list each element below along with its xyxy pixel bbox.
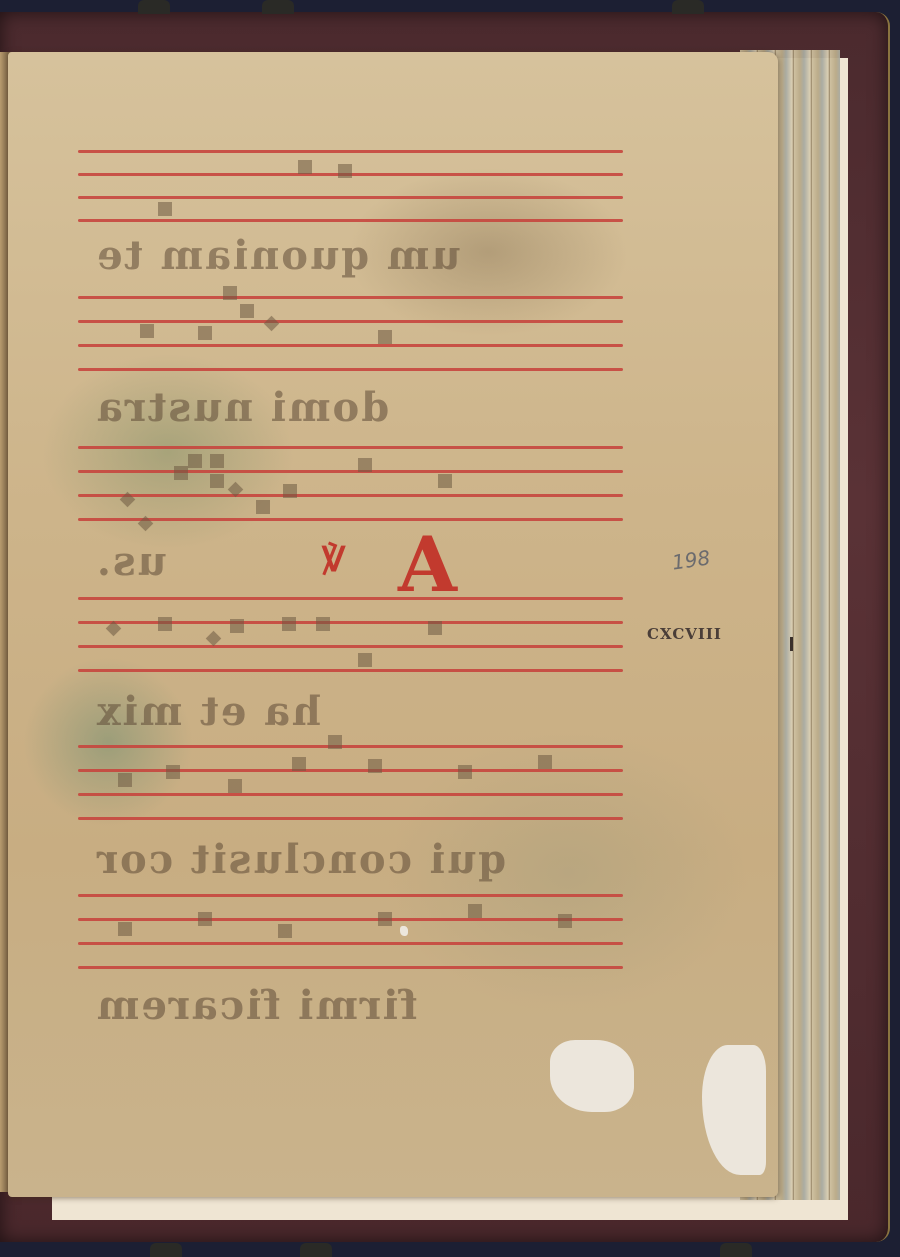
show-through-text-line: us.: [95, 538, 615, 588]
ink-mark: [790, 637, 793, 651]
music-staff: [78, 296, 623, 372]
cradle-clasp: [150, 1243, 182, 1257]
music-staff: [78, 150, 623, 226]
red-initial: A: [398, 520, 457, 609]
music-staff: [78, 894, 623, 970]
cradle-clasp: [672, 0, 704, 14]
show-through-text-line: qui conclusit cor: [95, 836, 615, 886]
cradle-clasp: [138, 0, 170, 14]
show-through-text-line: um quoniam te: [95, 232, 615, 282]
cradle-clasp: [720, 1243, 752, 1257]
show-through-text-line: firmi ficarem: [95, 982, 615, 1032]
versicle-sign: ℣: [322, 540, 345, 580]
music-staff: [78, 446, 623, 522]
parchment-tear: [550, 1040, 634, 1112]
cradle-clasp: [262, 0, 294, 14]
cradle-clasp: [300, 1243, 332, 1257]
music-staff: [78, 745, 623, 821]
show-through-text-line: domi nustra: [95, 384, 615, 434]
parchment-hole: [400, 926, 408, 936]
show-through-text-line: ha et mix: [95, 688, 615, 738]
ink-foliation-roman: CXCVIII: [647, 625, 722, 643]
music-staff: [78, 597, 623, 673]
